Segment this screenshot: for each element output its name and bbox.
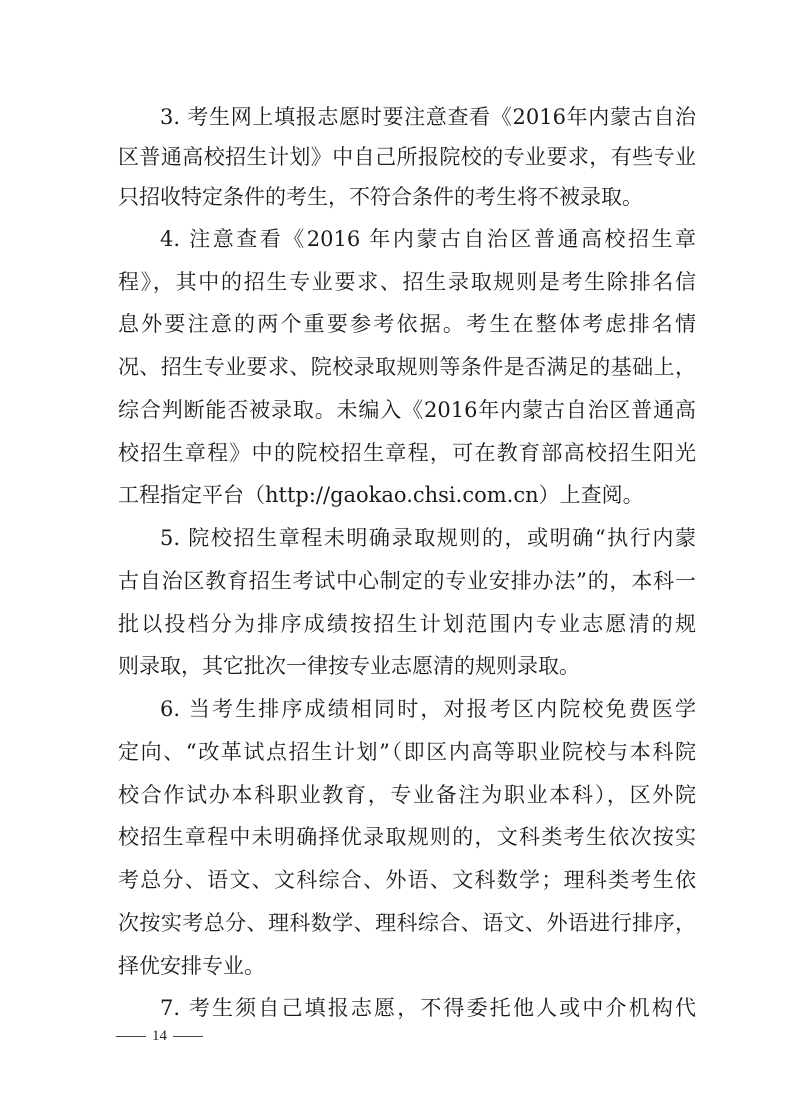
- para-6-line-7: 择优安排专业。: [118, 952, 696, 980]
- page-footer: 14: [116, 1028, 203, 1045]
- para-6-line-3: 校合作试办本科职业教育，专业备注为职业本科），区外院: [118, 781, 696, 809]
- para-3-line-2: 区普通高校招生计划》中自己所报院校的专业要求，有些专业: [118, 143, 696, 171]
- para-6-line-5: 考总分、语文、文科综合、外语、文科数学；理科类考生依: [118, 866, 696, 894]
- footer-dash-right: [173, 1036, 203, 1037]
- para-4-line-2: 程》，其中的招生专业要求、招生录取规则是考生除排名信: [118, 268, 696, 296]
- document-page: 3. 考生网上填报志愿时要注意查看《2016年内蒙古自治 区普通高校招生计划》中…: [0, 0, 785, 1111]
- para-4-line-7: 工程指定平台（http://gaokao.chsi.com.cn）上查阅。: [118, 481, 696, 509]
- para-5-line-2: 古自治区教育招生考试中心制定的专业安排办法”的，本科一: [118, 567, 696, 595]
- para-5-line-4: 则录取，其它批次一律按专业志愿清的规则录取。: [118, 652, 696, 680]
- para-5-line-3: 批以投档分为排序成绩按招生计划范围内专业志愿清的规: [118, 610, 696, 638]
- para-4-line-3: 息外要注意的两个重要参考依据。考生在整体考虑排名情: [118, 310, 696, 338]
- para-7-line-1: 7. 考生须自己填报志愿，不得委托他人或中介机构代: [160, 994, 696, 1022]
- para-6-line-6: 次按实考总分、理科数学、理科综合、语文、外语进行排序，: [118, 909, 696, 937]
- para-6-line-1: 6. 当考生排序成绩相同时，对报考区内院校免费医学: [160, 695, 696, 723]
- para-6-line-4: 校招生章程中未明确择优录取规则的，文科类考生依次按实: [118, 823, 696, 851]
- para-3-line-3: 只招收特定条件的考生，不符合条件的考生将不被录取。: [118, 183, 696, 211]
- para-4-line-4: 况、招生专业要求、院校录取规则等条件是否满足的基础上，: [118, 353, 696, 381]
- para-6-line-2: 定向、“改革试点招生计划”（即区内高等职业院校与本科院: [118, 738, 696, 766]
- footer-dash-left: [116, 1036, 146, 1037]
- para-5-line-1: 5. 院校招生章程未明确录取规则的，或明确“执行内蒙: [160, 524, 696, 552]
- para-4-line-5: 综合判断能否被录取。未编入《2016年内蒙古自治区普通高: [118, 396, 696, 424]
- para-4-line-6: 校招生章程》中的院校招生章程，可在教育部高校招生阳光: [118, 439, 696, 467]
- para-4-line-1: 4. 注意查看《2016 年内蒙古自治区普通高校招生章: [160, 225, 696, 253]
- page-number: 14: [152, 1028, 167, 1045]
- para-3-line-1: 3. 考生网上填报志愿时要注意查看《2016年内蒙古自治: [160, 103, 696, 131]
